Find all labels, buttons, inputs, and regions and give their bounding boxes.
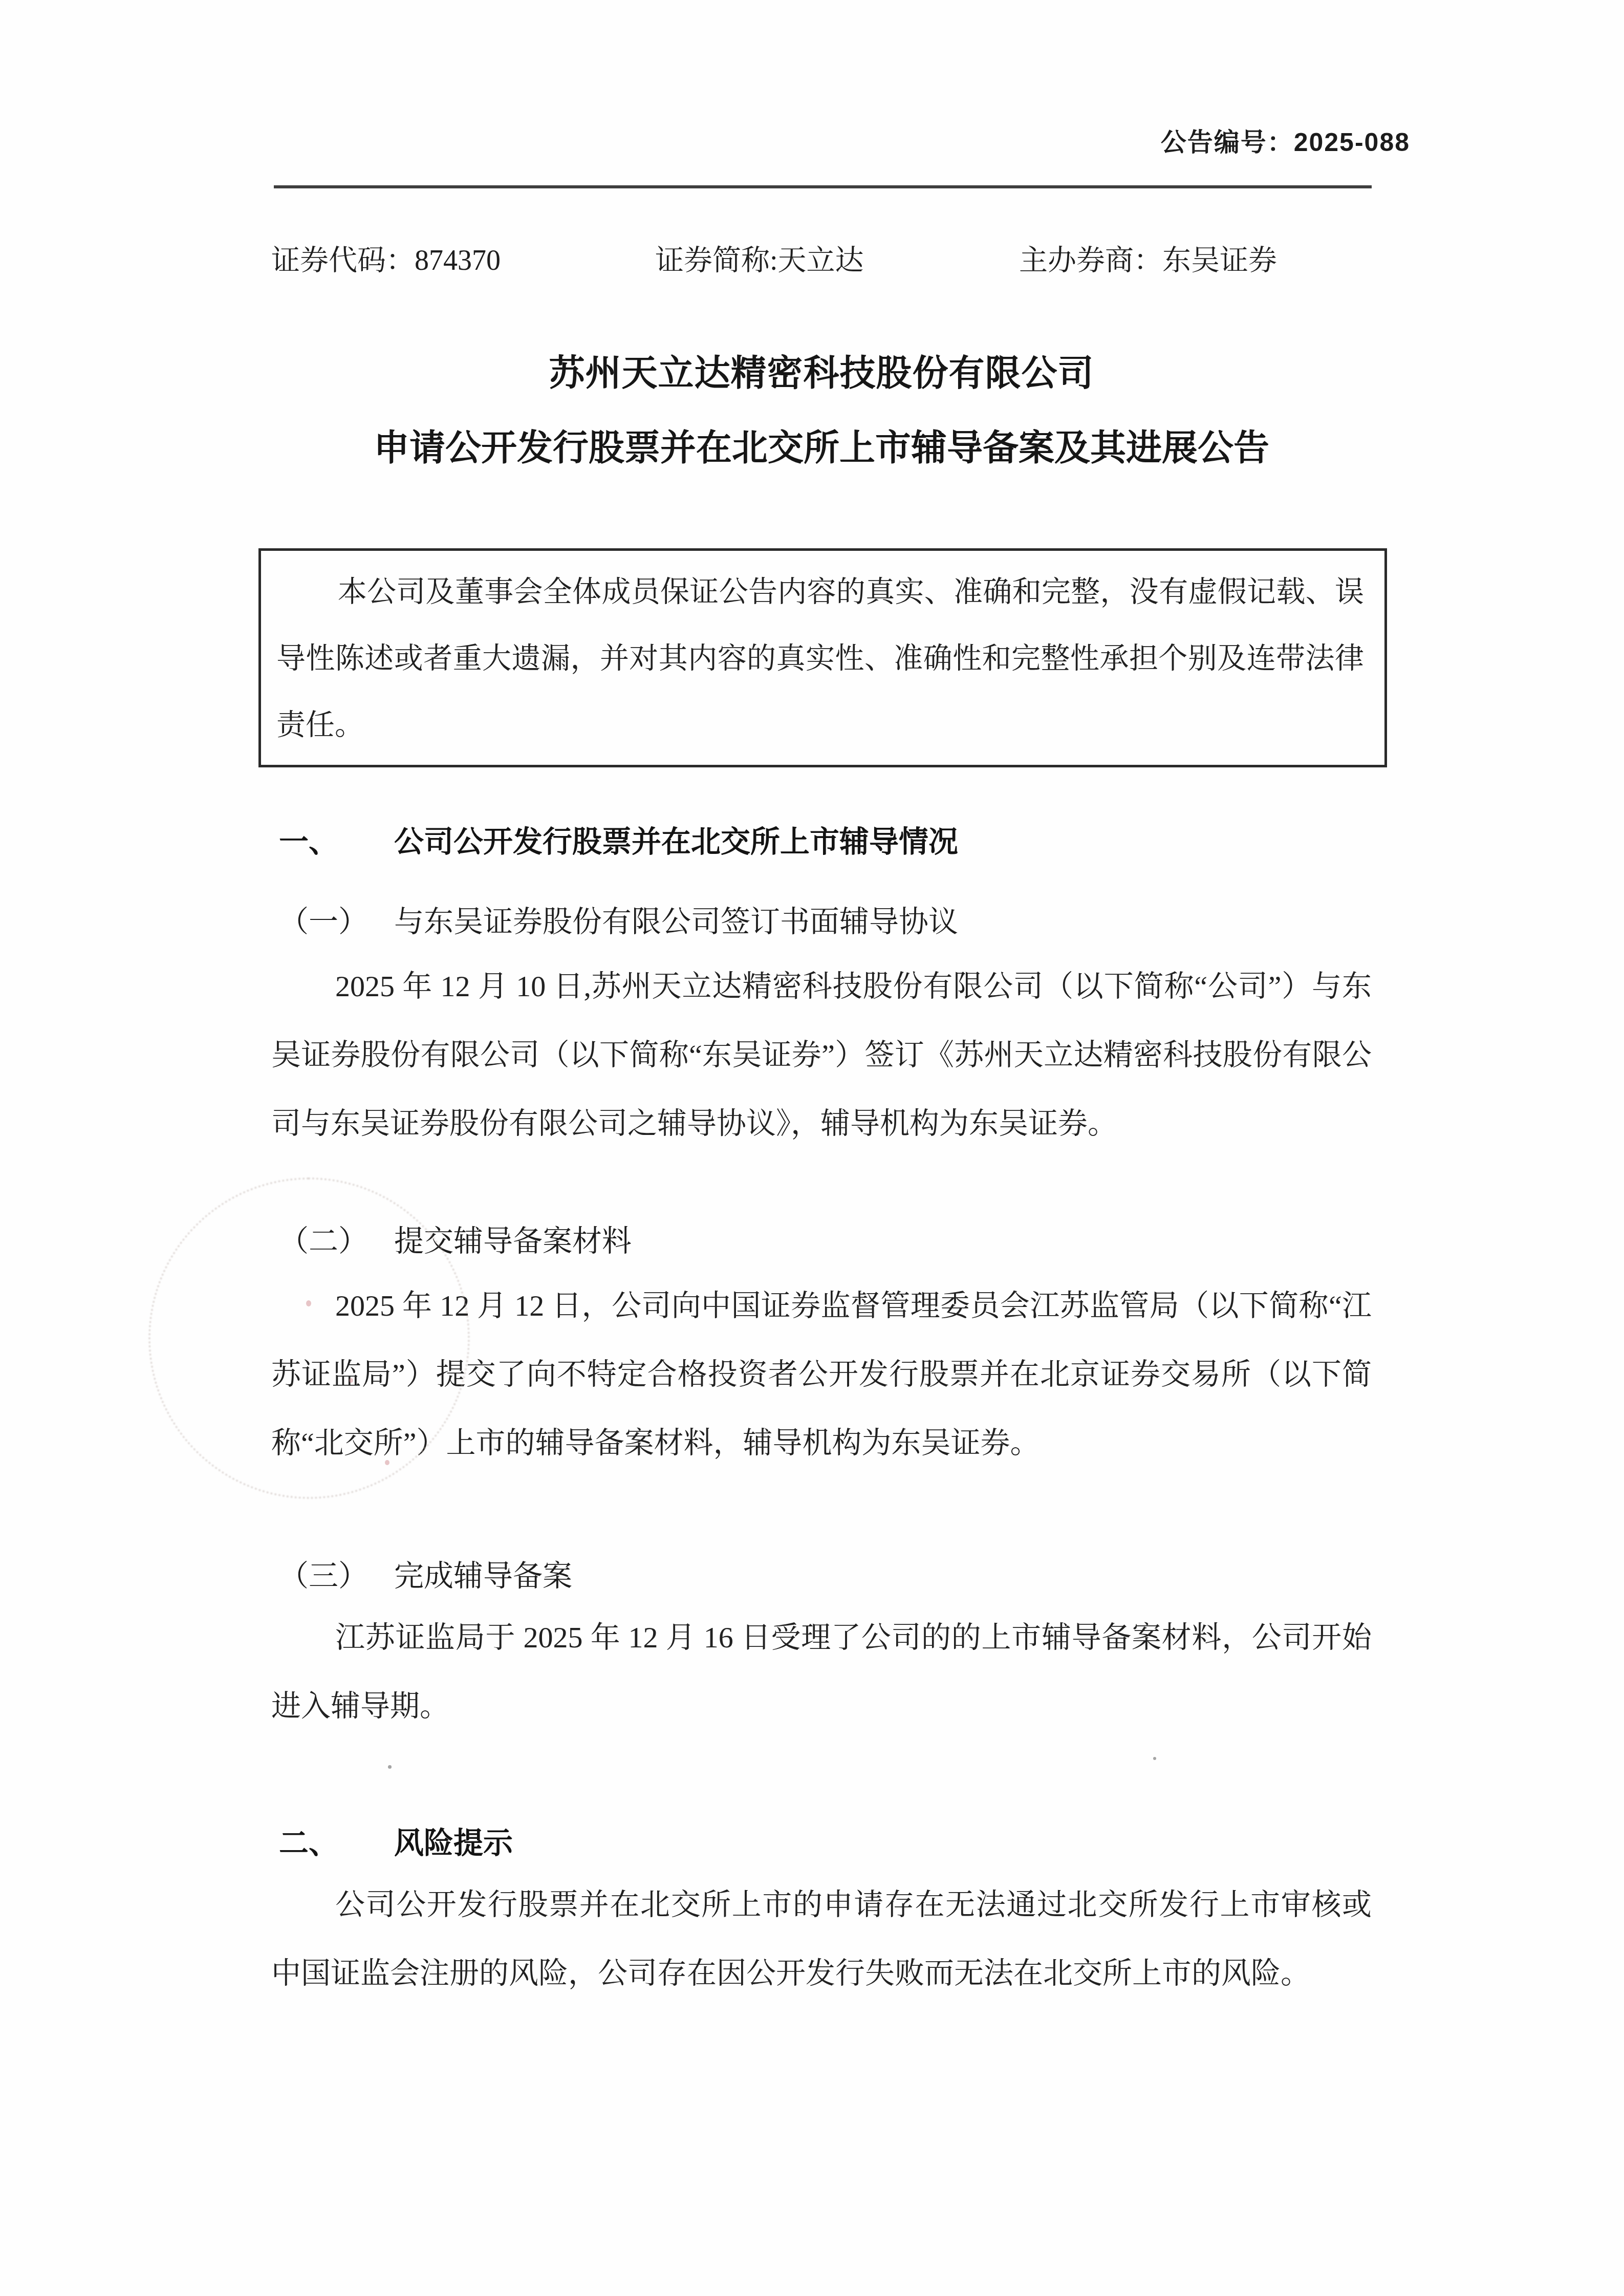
company-name-title: 苏州天立达精密科技股份有限公司 <box>271 353 1372 396</box>
faint-seal-stamp-circle <box>148 1177 470 1499</box>
section-2-title: 风险提示 <box>394 1827 513 1860</box>
stock-short-name: 证券简称:天立达 <box>655 243 1019 278</box>
section-1-title: 公司公开发行股票并在北交所上市辅导情况 <box>394 825 958 859</box>
securities-header-row: 证券代码：874370 证券简称:天立达 主办券商：东吴证券 <box>271 243 1372 278</box>
subsection-3-heading: （三）完成辅导备案 <box>271 1558 1372 1594</box>
stock-code: 证券代码：874370 <box>271 243 655 278</box>
subsection-1-title: 与东吴证券股份有限公司签订书面辅导协议 <box>394 905 958 938</box>
section-2-paragraph: 公司公开发行股票并在北交所上市的申请存在无法通过北交所发行上市审核或中国证监会注… <box>271 1871 1372 2008</box>
announcement-title: 申请公开发行股票并在北交所上市辅导备案及其进展公告 <box>271 427 1372 470</box>
disclaimer-text: 本公司及董事会全体成员保证公告内容的真实、准确和完整，没有虚假记载、误导性陈述或… <box>276 559 1364 759</box>
subsection-3-label: （三） <box>279 1558 394 1594</box>
scan-speck <box>385 1460 389 1465</box>
subsection-3-paragraph: 江苏证监局于 2025 年 12 月 16 日受理了公司的的上市辅导备案材料，公… <box>271 1603 1372 1741</box>
subsection-1-label: （一） <box>279 904 394 940</box>
subsection-3-title: 完成辅导备案 <box>394 1559 572 1593</box>
scan-speck <box>388 1765 392 1769</box>
sponsor-broker: 主办券商：东吴证券 <box>1019 243 1372 278</box>
divider-rule <box>274 185 1372 188</box>
subsection-1-paragraph: 2025 年 12 月 10 日,苏州天立达精密科技股份有限公司（以下简称“公司… <box>271 952 1372 1158</box>
scan-speck <box>306 1300 311 1306</box>
scan-speck <box>1153 1757 1156 1760</box>
section-2-label: 二、 <box>279 1826 394 1861</box>
document-page: 公告编号：2025-088 证券代码：874370 证券简称:天立达 主办券商：… <box>0 0 1624 2296</box>
section-1-label: 一、 <box>279 824 394 860</box>
section-2-heading: 二、风险提示 <box>271 1826 1372 1861</box>
disclaimer-box: 本公司及董事会全体成员保证公告内容的真实、准确和完整，没有虚假记载、误导性陈述或… <box>258 548 1387 767</box>
announcement-number: 公告编号：2025-088 <box>0 0 1624 159</box>
section-1-heading: 一、公司公开发行股票并在北交所上市辅导情况 <box>271 824 1372 860</box>
scan-speck <box>349 1378 353 1383</box>
subsection-1-heading: （一）与东吴证券股份有限公司签订书面辅导协议 <box>271 904 1372 940</box>
